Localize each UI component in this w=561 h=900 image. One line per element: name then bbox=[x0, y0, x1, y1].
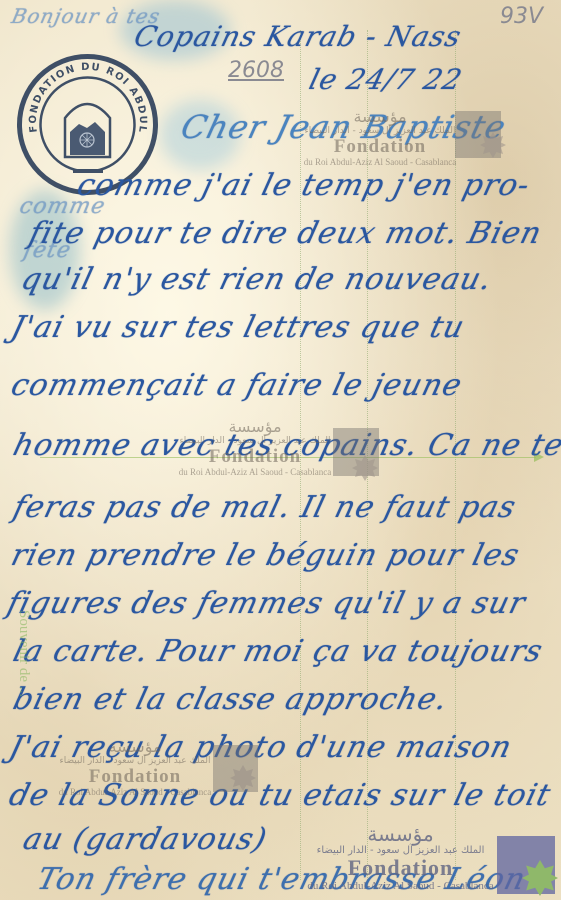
letter-line: commençait a faire le jeune bbox=[8, 368, 466, 403]
letter-line: fite pour te dire deux mot. Bien bbox=[26, 216, 546, 251]
letter-line: feras pas de mal. Il ne faut pas bbox=[10, 490, 520, 525]
date-line: le 24/7 22 bbox=[306, 63, 466, 96]
letter-line: figures des femmes qu'il y a sur bbox=[4, 586, 530, 621]
letter-line: rien prendre le béguin pour les bbox=[8, 538, 524, 573]
watermark-main: مؤسسة الملك عبد العزيز آل سعود - الدار ا… bbox=[278, 823, 523, 893]
catalog-number: 2608 bbox=[228, 58, 284, 83]
sender-location: Copains Karab - Nass bbox=[131, 20, 465, 53]
watermark-star-icon bbox=[480, 132, 506, 158]
letter-line: qu'il n'y est rien de nouveau. bbox=[18, 262, 496, 297]
watermark-star-icon bbox=[352, 455, 378, 481]
watermark: مؤسسة الملك عبد العزيز آل سعود - الدار ا… bbox=[300, 108, 460, 167]
letter-line: J'ai vu sur tes lettres que tu bbox=[8, 310, 469, 345]
watermark-star-icon bbox=[230, 765, 256, 791]
watermark: مؤسسة الملك عبد العزيز آل سعود - الدار ا… bbox=[50, 738, 220, 797]
svg-text:FONDATION DU ROI ABDUL-AZIZ AL: FONDATION DU ROI ABDUL-AZIZ AL SAOUD bbox=[15, 52, 148, 134]
archive-number: 93V bbox=[500, 4, 543, 29]
side-print: Souvenir de ... bbox=[15, 610, 32, 697]
letter-line: comme j'ai le temp j'en pro- bbox=[74, 168, 534, 203]
letter-line: au (gardavous) bbox=[20, 822, 271, 857]
watermark-star-icon bbox=[522, 860, 558, 896]
letter-line: bien et la classe approche. bbox=[10, 682, 452, 717]
letter-line: la carte. Pour moi ça va toujours bbox=[10, 634, 547, 669]
watermark: مؤسسة الملك عبد العزيز آل سعود - الدار ا… bbox=[170, 418, 340, 477]
postcard: Bonjour à tes comme fête 93V 2608 FONDAT… bbox=[0, 0, 561, 900]
